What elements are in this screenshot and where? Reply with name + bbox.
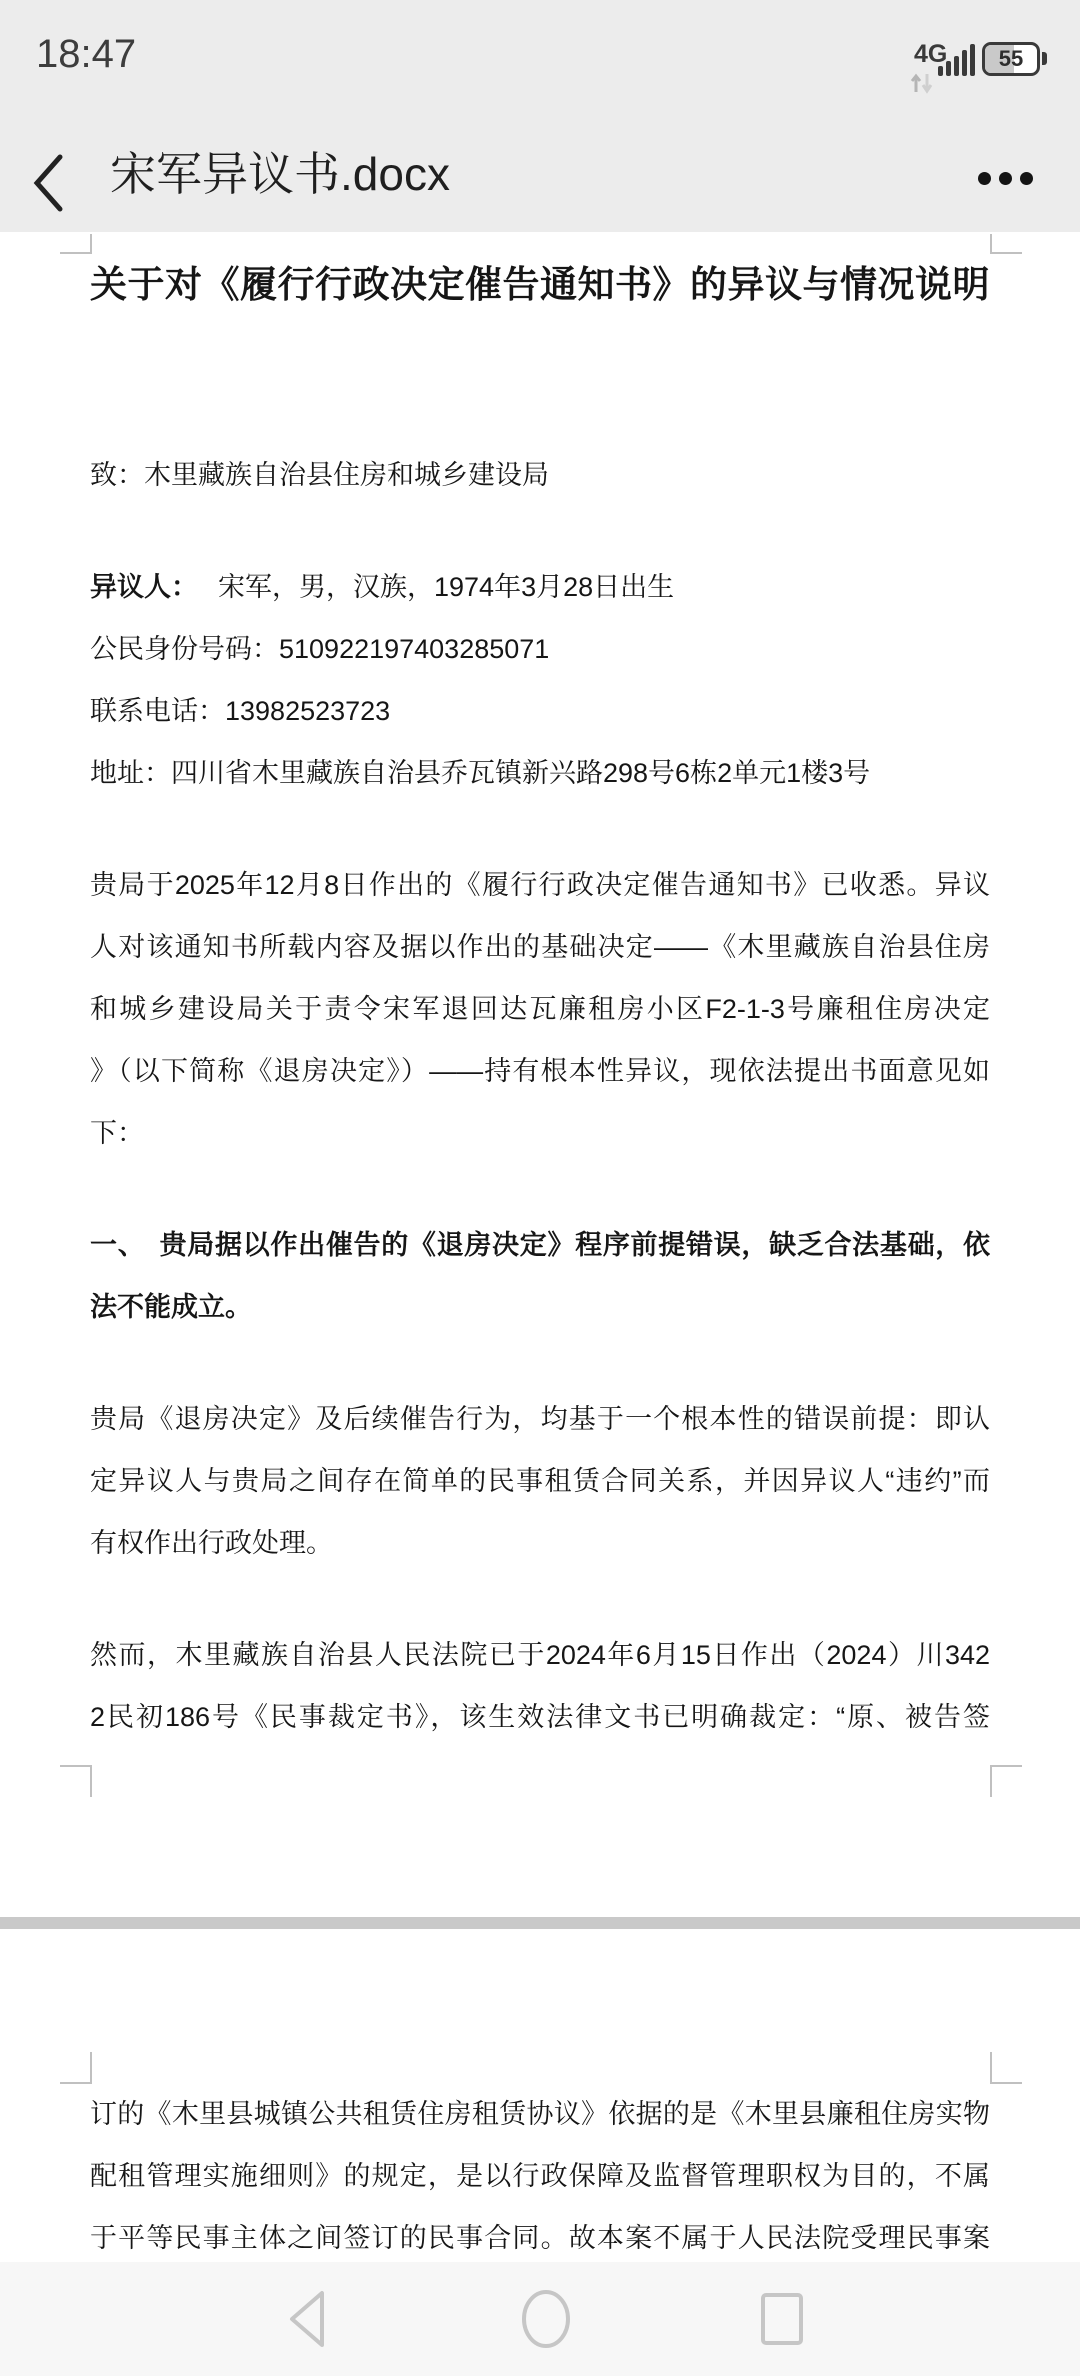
doc-line: 贵局于2025年12月8日作出的《履行行政决定催告通知书》已收悉。异议 [90, 854, 990, 916]
more-dots-icon [999, 172, 1012, 185]
battery-percent: 55 [985, 45, 1037, 73]
doc-line: 公民身份号码：510922197403285071 [90, 618, 990, 680]
paragraph-gap [90, 804, 990, 854]
doc-line-label: 异议人： [90, 572, 198, 602]
page-separator [0, 1917, 1080, 1929]
paragraph-gap [90, 1164, 990, 1214]
doc-line: 有权作出行政处理。 [90, 1512, 990, 1574]
paragraph-gap [90, 1574, 990, 1624]
doc-line: 一、 贵局据以作出催告的《退房决定》程序前提错误，缺乏合法基础，依 [90, 1214, 990, 1276]
doc-line: 下： [90, 1102, 990, 1164]
page-1-text-column: 关于对《履行行政决定催告通知书》的异议与情况说明致：木里藏族自治县住房和城乡建设… [90, 250, 990, 1748]
doc-line: 》（以下简称《退房决定》）——持有根本性异议，现依法提出书面意见如 [90, 1040, 990, 1102]
margin-corner-mark [60, 234, 92, 254]
paragraph-gap [90, 506, 990, 556]
battery-cap [1042, 52, 1047, 65]
doc-line: 于平等民事主体之间签订的民事合同。故本案不属于人民法院受理民事案 [90, 2207, 990, 2269]
nav-back-button[interactable] [282, 2288, 342, 2350]
margin-corner-mark [990, 2052, 1022, 2084]
back-triangle-icon [292, 2293, 322, 2345]
nav-recents-button[interactable] [752, 2288, 812, 2350]
doc-line: 贵局《退房决定》及后续催告行为，均基于一个根本性的错误前提：即认 [90, 1388, 990, 1450]
doc-line: 定异议人与贵局之间存在简单的民事租赁合同关系，并因异议人“违约”而 [90, 1450, 990, 1512]
document-page-2: 订的《木里县城镇公共租赁住房租赁协议》依据的是《木里县廉租住房实物配租管理实施细… [0, 1929, 1080, 2262]
doc-line: 然而，木里藏族自治县人民法院已于2024年6月15日作出（2024）川342 [90, 1624, 990, 1686]
doc-line: 法不能成立。 [90, 1276, 990, 1338]
doc-line: 异议人：宋军，男，汉族，1974年3月28日出生 [90, 556, 990, 618]
margin-corner-mark [990, 234, 1022, 254]
doc-line: 订的《木里县城镇公共租赁住房租赁协议》依据的是《木里县廉租住房实物 [90, 2083, 990, 2145]
page-2-text-column: 订的《木里县城镇公共租赁住房租赁协议》依据的是《木里县廉租住房实物配租管理实施细… [90, 2083, 990, 2269]
more-dots-icon [1020, 172, 1033, 185]
doc-line: 人对该通知书所载内容及据以作出的基础决定——《木里藏族自治县住房 [90, 916, 990, 978]
doc-line: 地址：四川省木里藏族自治县乔瓦镇新兴路298号6栋2单元1楼3号 [90, 742, 990, 804]
header: 18:47 4G 55 宋军异议书.docx [0, 0, 1080, 232]
phone-screen: 18:47 4G 55 宋军异议书.docx [0, 0, 1080, 2376]
paragraph-gap [90, 320, 990, 444]
nav-home-button[interactable] [516, 2288, 576, 2350]
doc-line: 2民初186号《民事裁定书》，该生效法律文书已明确裁定：“原、被告签 [90, 1686, 990, 1748]
doc-line: 配租管理实施细则》的规定，是以行政保障及监督管理职权为目的，不属 [90, 2145, 990, 2207]
margin-corner-mark [60, 2052, 92, 2084]
more-dots-icon [978, 172, 991, 185]
doc-line: 关于对《履行行政决定催告通知书》的异议与情况说明 [90, 250, 990, 320]
battery-icon: 55 [982, 42, 1040, 76]
document-page-1: 关于对《履行行政决定催告通知书》的异议与情况说明致：木里藏族自治县住房和城乡建设… [0, 232, 1080, 1917]
doc-line: 和城乡建设局关于责令宋军退回达瓦廉租房小区F2-1-3号廉租住房决定 [90, 978, 990, 1040]
doc-line: 致：木里藏族自治县住房和城乡建设局 [90, 444, 990, 506]
doc-line: 联系电话：13982523723 [90, 680, 990, 742]
signal-strength-icon [938, 44, 978, 76]
paragraph-gap [90, 1338, 990, 1388]
android-nav-bar [0, 2262, 1080, 2376]
more-options-button[interactable] [978, 150, 1048, 206]
document-title: 宋军异议书.docx [110, 148, 450, 200]
back-button[interactable] [28, 150, 72, 216]
back-chevron-icon [37, 157, 60, 209]
data-activity-icon [910, 72, 934, 99]
margin-corner-mark [990, 1765, 1022, 1797]
margin-corner-mark [60, 1765, 92, 1797]
doc-line-text: 宋军，男，汉族，1974年3月28日出生 [218, 572, 674, 602]
status-time: 18:47 [36, 32, 136, 76]
document-scroll-area[interactable]: 关于对《履行行政决定催告通知书》的异议与情况说明致：木里藏族自治县住房和城乡建设… [0, 232, 1080, 2262]
home-circle-icon [524, 2292, 568, 2346]
recents-square-icon [763, 2295, 801, 2343]
